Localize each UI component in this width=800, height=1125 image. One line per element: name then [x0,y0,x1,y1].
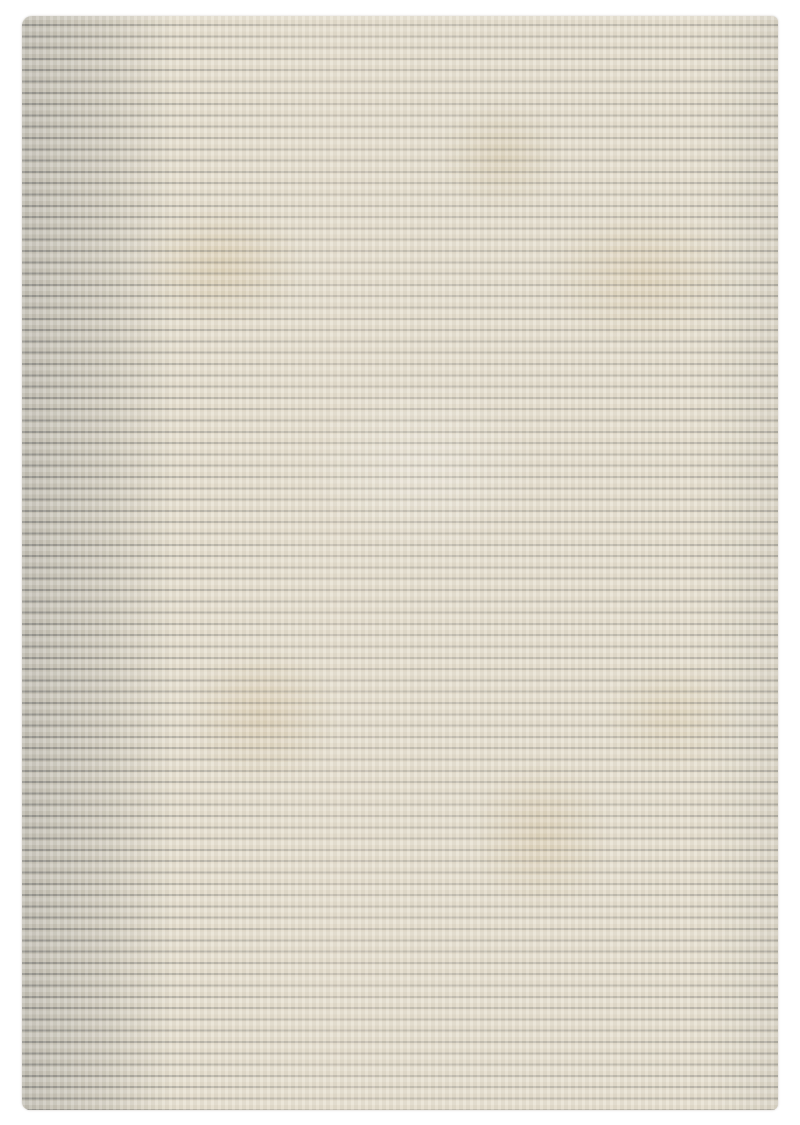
rug [22,16,778,1110]
rug-pile-texture [22,16,778,1110]
